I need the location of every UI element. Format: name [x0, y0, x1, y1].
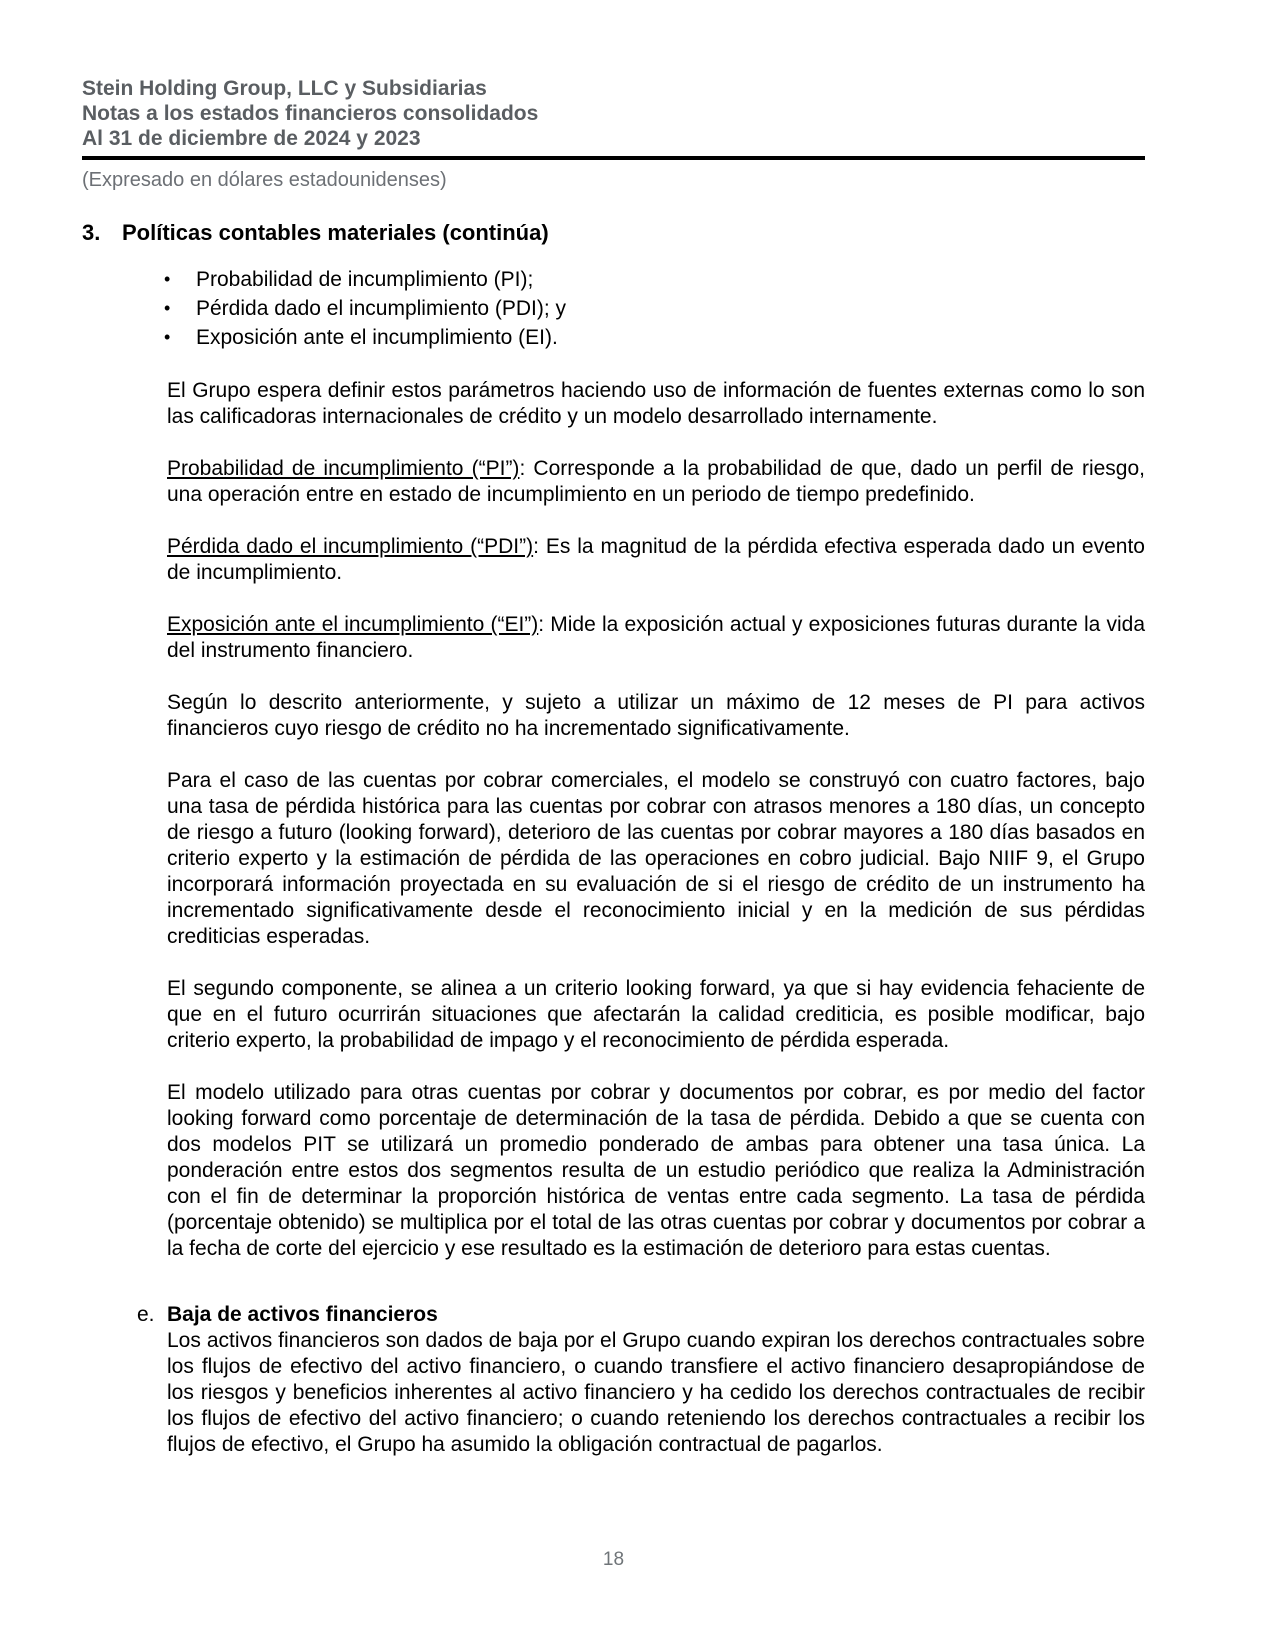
section-heading: 3. Políticas contables materiales (conti… [82, 220, 1145, 246]
subsection-letter: e. [137, 1302, 167, 1458]
bullet-text: Exposición ante el incumplimiento (EI). [196, 323, 558, 352]
definition-ei: Exposición ante el incumplimiento (“EI”)… [167, 612, 1145, 664]
document-page: Stein Holding Group, LLC y Subsidiarias … [0, 0, 1276, 1651]
definition-term: Exposición ante el incumplimiento (“EI”) [167, 613, 538, 636]
section-title: Políticas contables materiales (continúa… [122, 220, 549, 246]
list-item: • Probabilidad de incumplimiento (PI); [167, 265, 1145, 294]
bullet-icon: • [164, 294, 196, 323]
company-name: Stein Holding Group, LLC y Subsidiarias [82, 76, 1145, 101]
definition-pdi: Pérdida dado el incumplimiento (“PDI”): … [167, 534, 1145, 586]
currency-note: (Expresado en dólares estadounidenses) [82, 168, 1145, 192]
paragraph: Para el caso de las cuentas por cobrar c… [167, 768, 1145, 950]
note-section: 3. Políticas contables materiales (conti… [82, 220, 1145, 1458]
paragraph: Según lo descrito anteriormente, y sujet… [167, 690, 1145, 742]
header-divider [82, 156, 1145, 160]
definition-term: Pérdida dado el incumplimiento (“PDI”) [167, 535, 533, 558]
list-item: • Exposición ante el incumplimiento (EI)… [167, 323, 1145, 352]
bullet-text: Probabilidad de incumplimiento (PI); [196, 265, 533, 294]
bullet-list: • Probabilidad de incumplimiento (PI); •… [167, 265, 1145, 352]
bullet-icon: • [164, 323, 196, 352]
section-content: • Probabilidad de incumplimiento (PI); •… [167, 265, 1145, 1458]
report-header: Stein Holding Group, LLC y Subsidiarias … [82, 76, 1145, 192]
report-title: Notas a los estados financieros consolid… [82, 101, 1145, 126]
bullet-icon: • [164, 265, 196, 294]
list-item: • Pérdida dado el incumplimiento (PDI); … [167, 294, 1145, 323]
subsection-body: Los activos financieros son dados de baj… [167, 1328, 1145, 1458]
paragraph-intro: El Grupo espera definir estos parámetros… [167, 378, 1145, 430]
paragraph: El segundo componente, se alinea a un cr… [167, 976, 1145, 1054]
bullet-text: Pérdida dado el incumplimiento (PDI); y [196, 294, 566, 323]
subsection-title: Baja de activos financieros [167, 1302, 1145, 1328]
page-number: 18 [603, 1549, 624, 1570]
report-date-line: Al 31 de diciembre de 2024 y 2023 [82, 126, 1145, 151]
definition-pi: Probabilidad de incumplimiento (“PI”): C… [167, 456, 1145, 508]
page-footer: 18 [82, 1549, 1145, 1571]
paragraph: El modelo utilizado para otras cuentas p… [167, 1080, 1145, 1262]
subsection-e: e. Baja de activos financieros Los activ… [137, 1302, 1145, 1458]
definition-term: Probabilidad de incumplimiento (“PI”) [167, 457, 519, 480]
subsection-content: Baja de activos financieros Los activos … [167, 1302, 1145, 1458]
section-number: 3. [82, 220, 122, 246]
